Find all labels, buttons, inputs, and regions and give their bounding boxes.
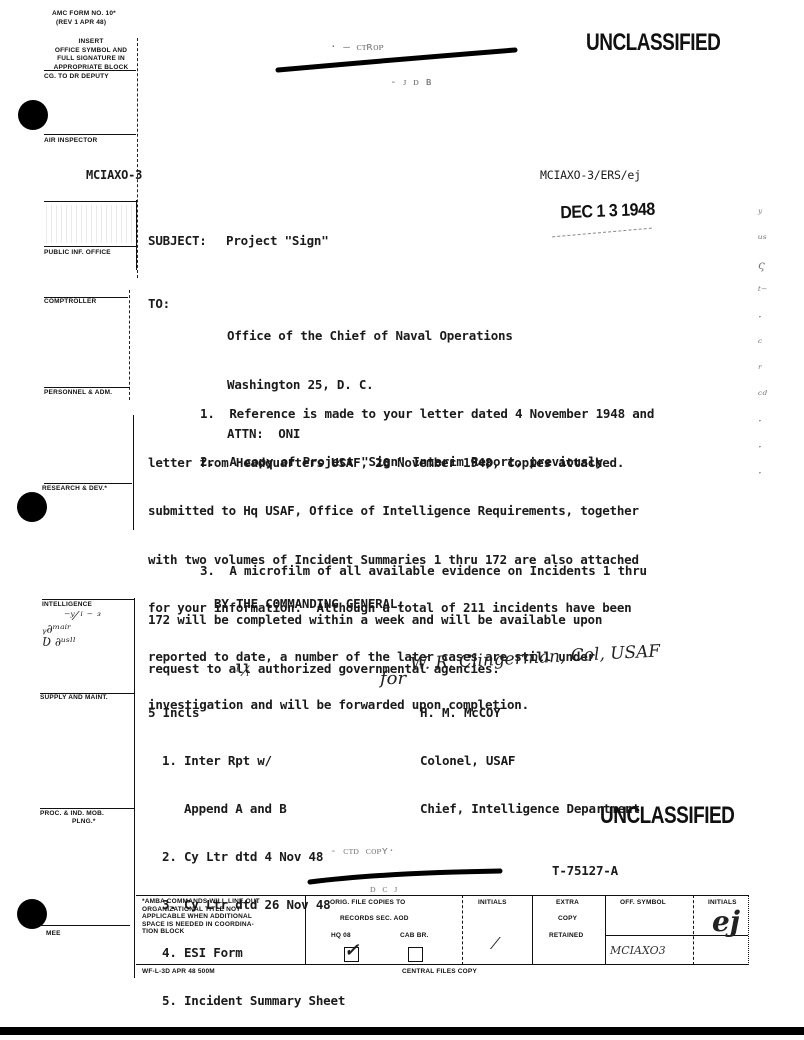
block-rule xyxy=(40,808,134,809)
sidebar-divider-bottom xyxy=(134,598,135,978)
svg-text:- ᴊ ᴅ ʙ: - ᴊ ᴅ ʙ xyxy=(390,75,432,88)
form-revision: (Rev 1 Apr 48) xyxy=(56,19,106,26)
punch-hole-middle xyxy=(17,492,47,522)
block-rule xyxy=(44,70,136,71)
svg-text:- ᴄᴛᴅ ᴄᴏᴘʏ·: - ᴄᴛᴅ ᴄᴏᴘʏ· xyxy=(330,844,395,857)
margin-marks: ʸᵘˢςᵗ⁻·ᶜʳᶜᵈ··· xyxy=(758,200,767,486)
closing-line: BY THE COMMANDING GENERAL: xyxy=(214,596,404,611)
cab-label: CAB BR. xyxy=(400,932,428,939)
footer-col-divider xyxy=(605,895,606,965)
form-print-code: WF-L-3D APR 48 500M xyxy=(142,968,215,975)
sidebar-divider-upper xyxy=(136,200,137,270)
copy-label: COPY xyxy=(558,915,577,922)
date-stamp: DEC 1 3 1948 xyxy=(560,200,655,223)
sidebar-label-cg: CG. TO DR DEPUTY xyxy=(44,73,109,80)
strikethrough-top: · – ᴄᴛʀᴏᴘ - ᴊ ᴅ ʙ xyxy=(270,30,520,90)
sidebar-label-air-inspector: AIR INSPECTOR xyxy=(44,137,97,144)
subject-label: SUBJECT: xyxy=(148,233,207,248)
classification-stamp-top: UNCLASSIFIED xyxy=(586,30,720,58)
to-label: TO: xyxy=(148,296,170,311)
classification-stamp-bottom: UNCLASSIFIED xyxy=(600,803,734,831)
retained-label: RETAINED xyxy=(549,932,583,939)
svg-text:· – ᴄᴛʀᴏᴘ: · – ᴄᴛʀᴏᴘ xyxy=(330,40,384,53)
sidebar-label-personnel: PERSONNEL & ADM. xyxy=(44,389,112,396)
strikethrough-bottom: - ᴄᴛᴅ ᴄᴏᴘʏ· ᴅ ᴄ ᴊ xyxy=(300,838,510,893)
cab-checkbox[interactable] xyxy=(408,947,423,962)
footer-note: *AMBA COMMANDS WILL LINE OUT ORGANIZATIO… xyxy=(142,898,260,936)
footer-col-divider xyxy=(305,895,306,965)
sidebar-divider-mid xyxy=(129,290,130,400)
footer-col-divider xyxy=(462,895,463,965)
extra-copy-label: EXTRA xyxy=(556,899,579,906)
records-sec-label: RECORDS SEC. AOD xyxy=(340,915,409,922)
footer-bottom-rule xyxy=(136,964,748,965)
sidebar-label-mee: MEE xyxy=(46,930,61,937)
central-files-label: CENTRAL FILES COPY xyxy=(402,968,477,975)
form-instruction: INSERT OFFICE SYMBOL AND FULL SIGNATURE … xyxy=(44,38,138,72)
hq-label: HQ 08 xyxy=(331,932,351,939)
subject-value: Project "Sign" xyxy=(226,233,329,248)
footer-col-divider xyxy=(693,895,694,965)
sidebar-divider-top xyxy=(137,38,138,278)
footer-right-edge xyxy=(748,895,749,965)
block-rule xyxy=(44,387,130,388)
sidebar-divider-lower xyxy=(133,415,134,530)
sidebar-label-proc: PROC. & IND. MOB. xyxy=(40,810,104,817)
initials2-value: ej xyxy=(712,905,740,938)
off-symbol-value: MCIAXO3 xyxy=(610,944,666,957)
punch-hole-top xyxy=(18,100,48,130)
block-rule xyxy=(44,134,136,135)
off-symbol-label: OFF. SYMBOL xyxy=(620,899,666,906)
sidebar-label-supply: SUPPLY AND MAINT. xyxy=(40,694,108,701)
footer-col-divider xyxy=(532,895,533,965)
letter-reference: MCIAXO-3/ERS/ej xyxy=(540,168,641,182)
sidebar-label-comptroller: COMPTROLLER xyxy=(44,298,96,305)
block-rule xyxy=(42,599,134,600)
hq-checkmark: ✓ xyxy=(344,940,359,961)
initials-mark: ⁄ xyxy=(494,934,497,953)
sidebar-label-intelligence: INTELLIGENCE xyxy=(42,601,92,608)
footer-top-rule xyxy=(136,895,748,896)
document-number: T-75127-A xyxy=(552,863,618,878)
public-info-smudge xyxy=(46,205,134,243)
date-stamp-underline xyxy=(552,228,652,238)
form-number: AMC Form No. 10* xyxy=(52,10,116,17)
svg-text:ᴅ ᴄ ᴊ: ᴅ ᴄ ᴊ xyxy=(370,882,398,893)
block-rule xyxy=(44,201,136,202)
enclosure-initials: ˡ ⁄ₗ xyxy=(236,664,250,680)
scan-edge-bar xyxy=(0,1027,804,1035)
sidebar-label-plng: PLNG.* xyxy=(72,818,96,825)
intelligence-handwriting: ⁻ʸ⁄ ⁱ ⁻ ᵌ ᵧ∂ᵐᵃⁱʳ Ʋ ∂ᵘˢˡˡ xyxy=(42,610,101,649)
sidebar-label-research: RESEARCH & DEV.* xyxy=(42,485,107,492)
sidebar-label-public-info: PUBLIC INF. OFFICE xyxy=(44,249,111,256)
block-rule xyxy=(44,483,132,484)
orig-file-label: ORIG. FILE COPIES TO xyxy=(330,899,405,906)
block-rule xyxy=(44,246,136,247)
for-mark: for xyxy=(380,668,406,689)
initials-label: INITIALS xyxy=(478,899,507,906)
office-symbol-left: MCIAXO-3 xyxy=(86,168,142,182)
block-rule xyxy=(40,925,130,926)
